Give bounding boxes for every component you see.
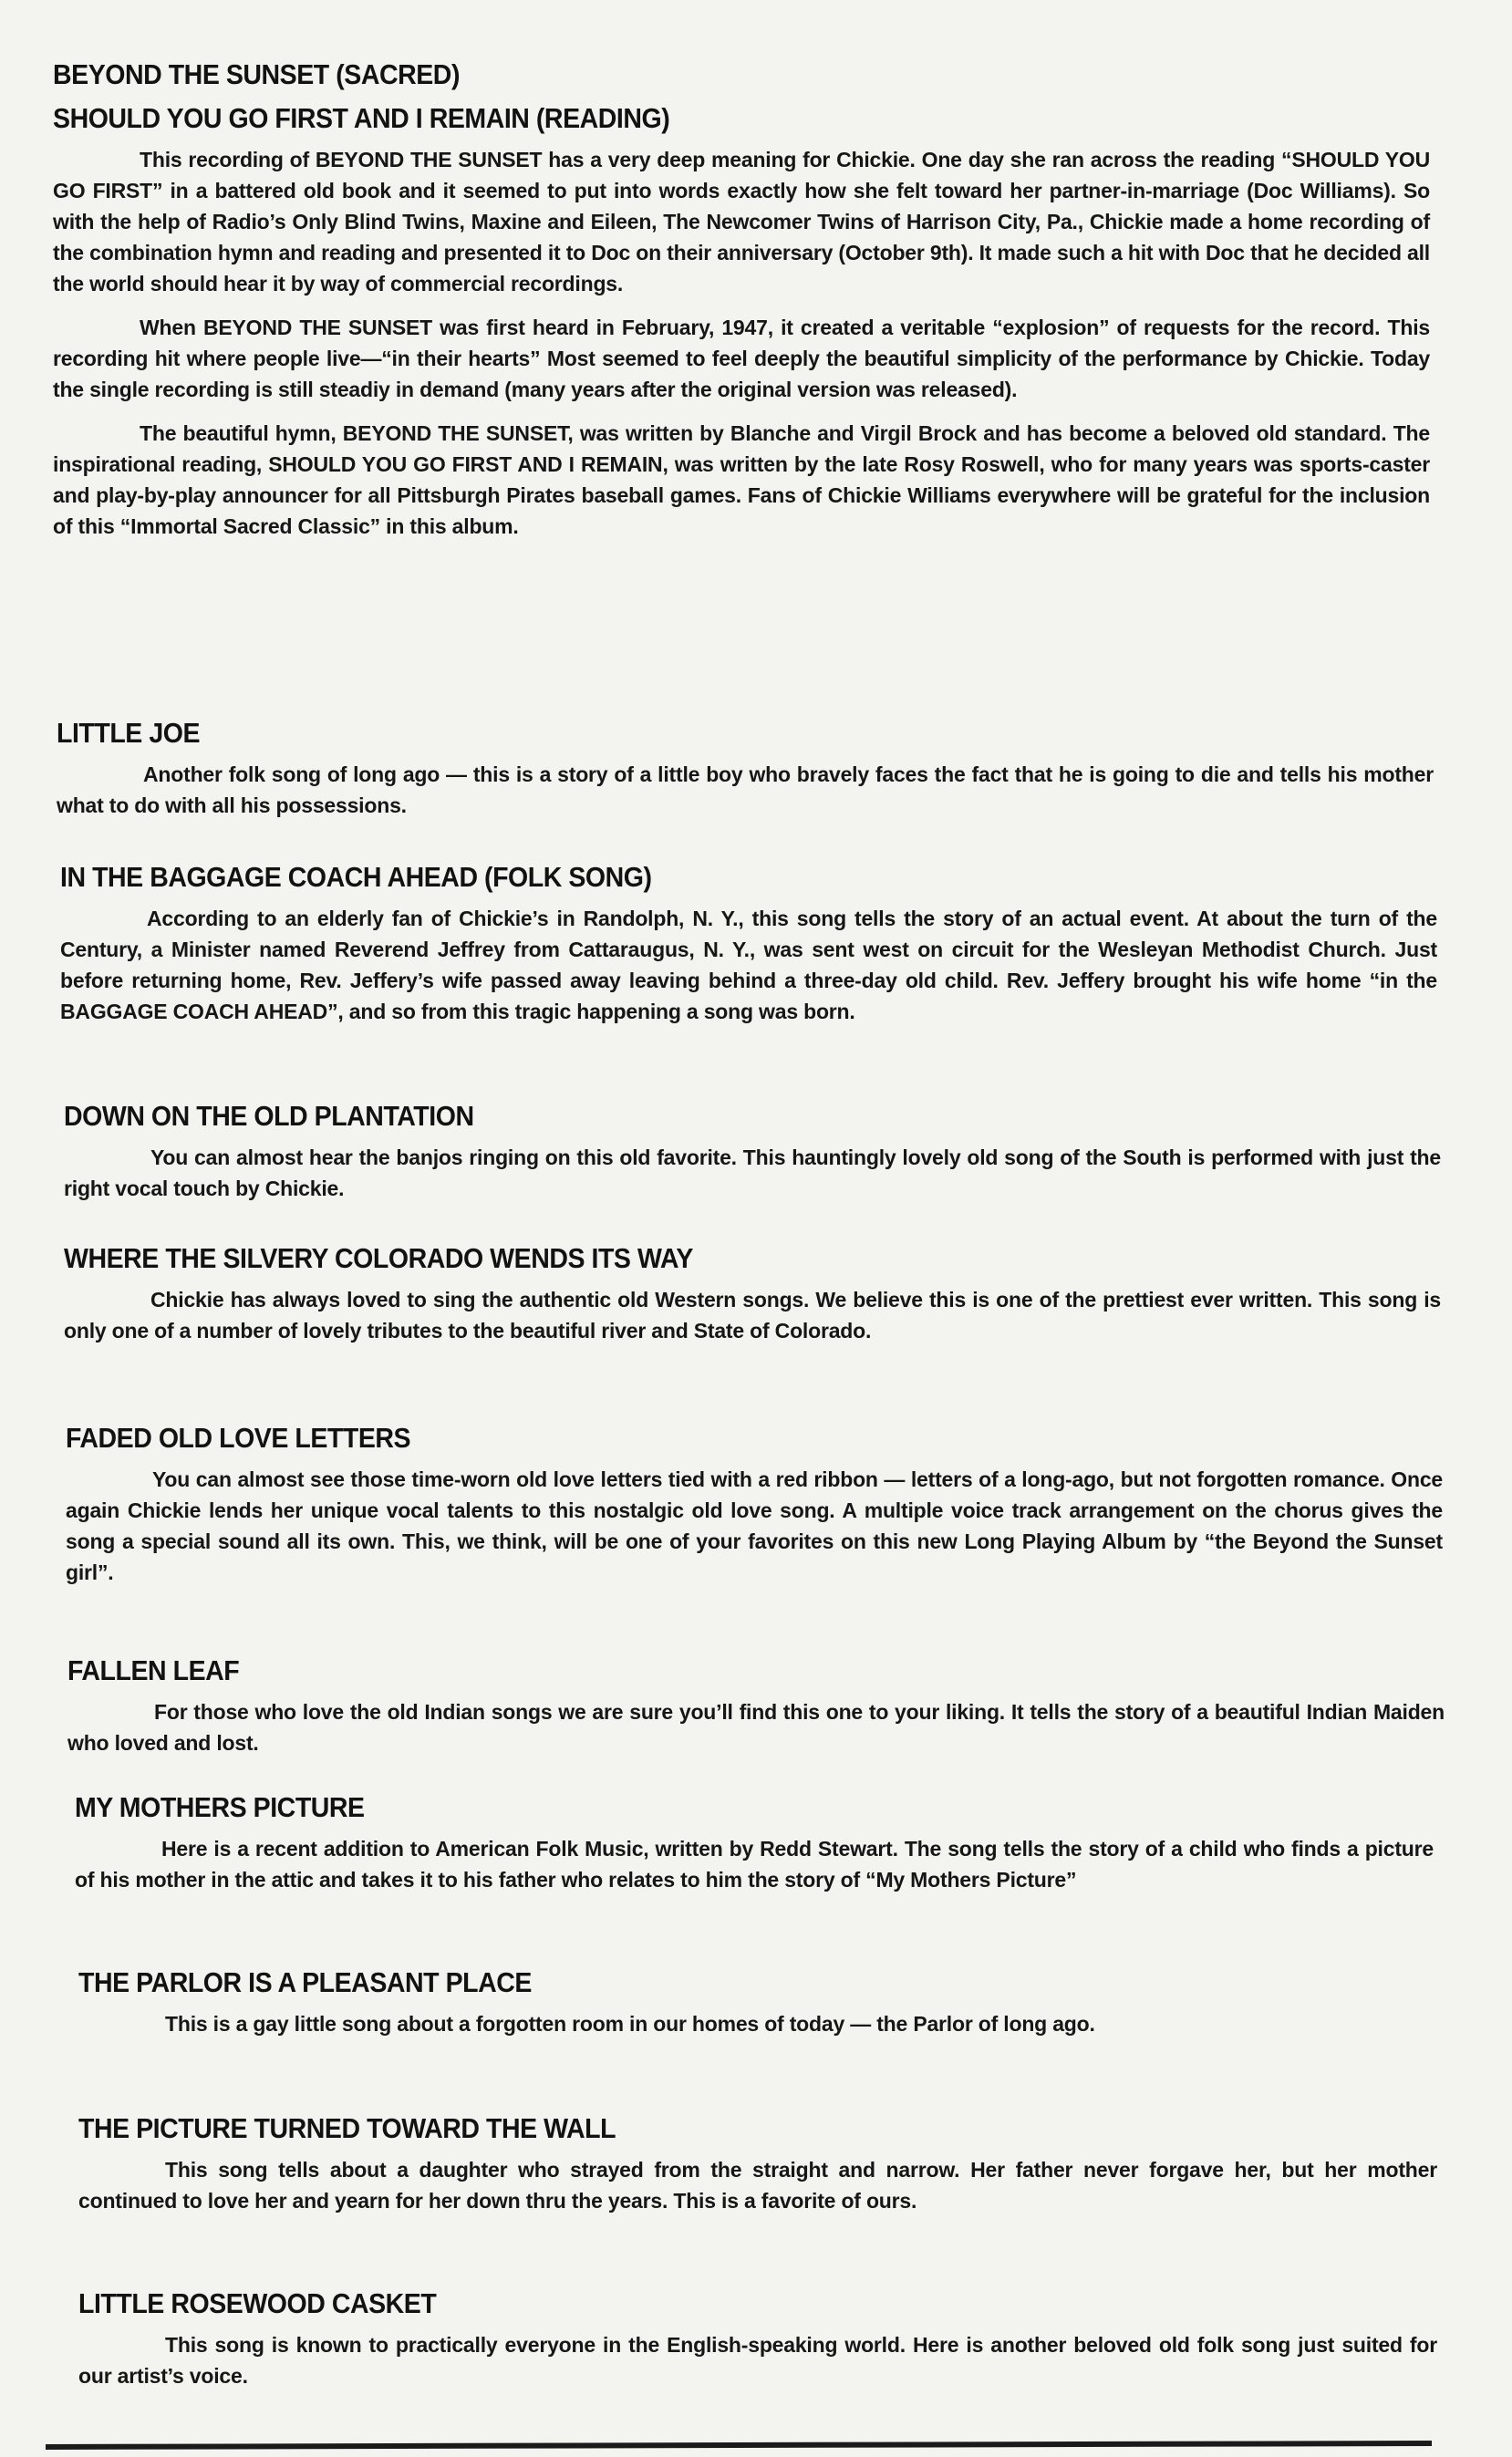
section-heading: WHERE THE SILVERY COLORADO WENDS ITS WAY [64,1237,1331,1280]
section-my-mothers-picture: MY MOTHERS PICTURE Here is a recent addi… [75,1786,1434,1902]
section-heading: DOWN ON THE OLD PLANTATION [64,1094,1331,1138]
section-faded-old-love-letters: FADED OLD LOVE LETTERS You can almost se… [66,1416,1443,1595]
section-paragraph: You can almost hear the banjos ringing o… [64,1142,1441,1204]
section-heading: LITTLE JOE [57,711,1323,755]
section-paragraph: For those who love the old Indian songs … [67,1696,1445,1758]
section-paragraph: This song is known to practically everyo… [78,2329,1437,2391]
section-paragraph: When BEYOND THE SUNSET was first heard i… [53,312,1430,405]
section-heading: IN THE BAGGAGE COACH AHEAD (FOLK SONG) [60,855,1327,899]
section-paragraph: You can almost see those time-worn old l… [66,1464,1443,1588]
section-little-rosewood-casket: LITTLE ROSEWOOD CASKET This song is know… [78,2282,1437,2399]
section-heading: THE PARLOR IS A PLEASANT PLACE [78,1961,1329,2005]
section-heading: FALLEN LEAF [67,1649,1334,1693]
section-little-joe: LITTLE JOE Another folk song of long ago… [57,711,1434,828]
section-picture-turned-toward-wall: THE PICTURE TURNED TOWARD THE WALL This … [78,2107,1437,2224]
section-heading: MY MOTHERS PICTURE [75,1786,1325,1830]
section-heading: LITTLE ROSEWOOD CASKET [78,2282,1329,2326]
section-parlor-pleasant-place: THE PARLOR IS A PLEASANT PLACE This is a… [78,1961,1437,2047]
section-fallen-leaf: FALLEN LEAF For those who love the old I… [67,1649,1445,1766]
section-heading: BEYOND THE SUNSET (SACRED) [53,53,1320,97]
section-down-on-the-old-plantation: DOWN ON THE OLD PLANTATION You can almos… [64,1094,1441,1211]
section-paragraph: According to an elderly fan of Chickie’s… [60,903,1437,1027]
section-paragraph: This is a gay little song about a forgot… [78,2008,1437,2039]
section-paragraph: This recording of BEYOND THE SUNSET has … [53,144,1430,299]
section-heading: FADED OLD LOVE LETTERS [66,1416,1332,1460]
liner-notes-page: BEYOND THE SUNSET (SACRED) SHOULD YOU GO… [0,0,1512,2457]
bottom-divider-rule [46,2441,1432,2450]
section-paragraph: This song tells about a daughter who str… [78,2154,1437,2216]
section-beyond-the-sunset: BEYOND THE SUNSET (SACRED) SHOULD YOU GO… [53,53,1430,549]
section-paragraph: Chickie has always loved to sing the aut… [64,1284,1441,1346]
section-heading: THE PICTURE TURNED TOWARD THE WALL [78,2107,1329,2151]
section-paragraph: Here is a recent addition to American Fo… [75,1833,1434,1895]
section-subheading: SHOULD YOU GO FIRST AND I REMAIN (READIN… [53,97,1320,140]
section-paragraph: Another folk song of long ago — this is … [57,759,1434,821]
section-silvery-colorado: WHERE THE SILVERY COLORADO WENDS ITS WAY… [64,1237,1441,1353]
section-baggage-coach-ahead: IN THE BAGGAGE COACH AHEAD (FOLK SONG) A… [60,855,1437,1034]
section-paragraph: The beautiful hymn, BEYOND THE SUNSET, w… [53,418,1430,542]
